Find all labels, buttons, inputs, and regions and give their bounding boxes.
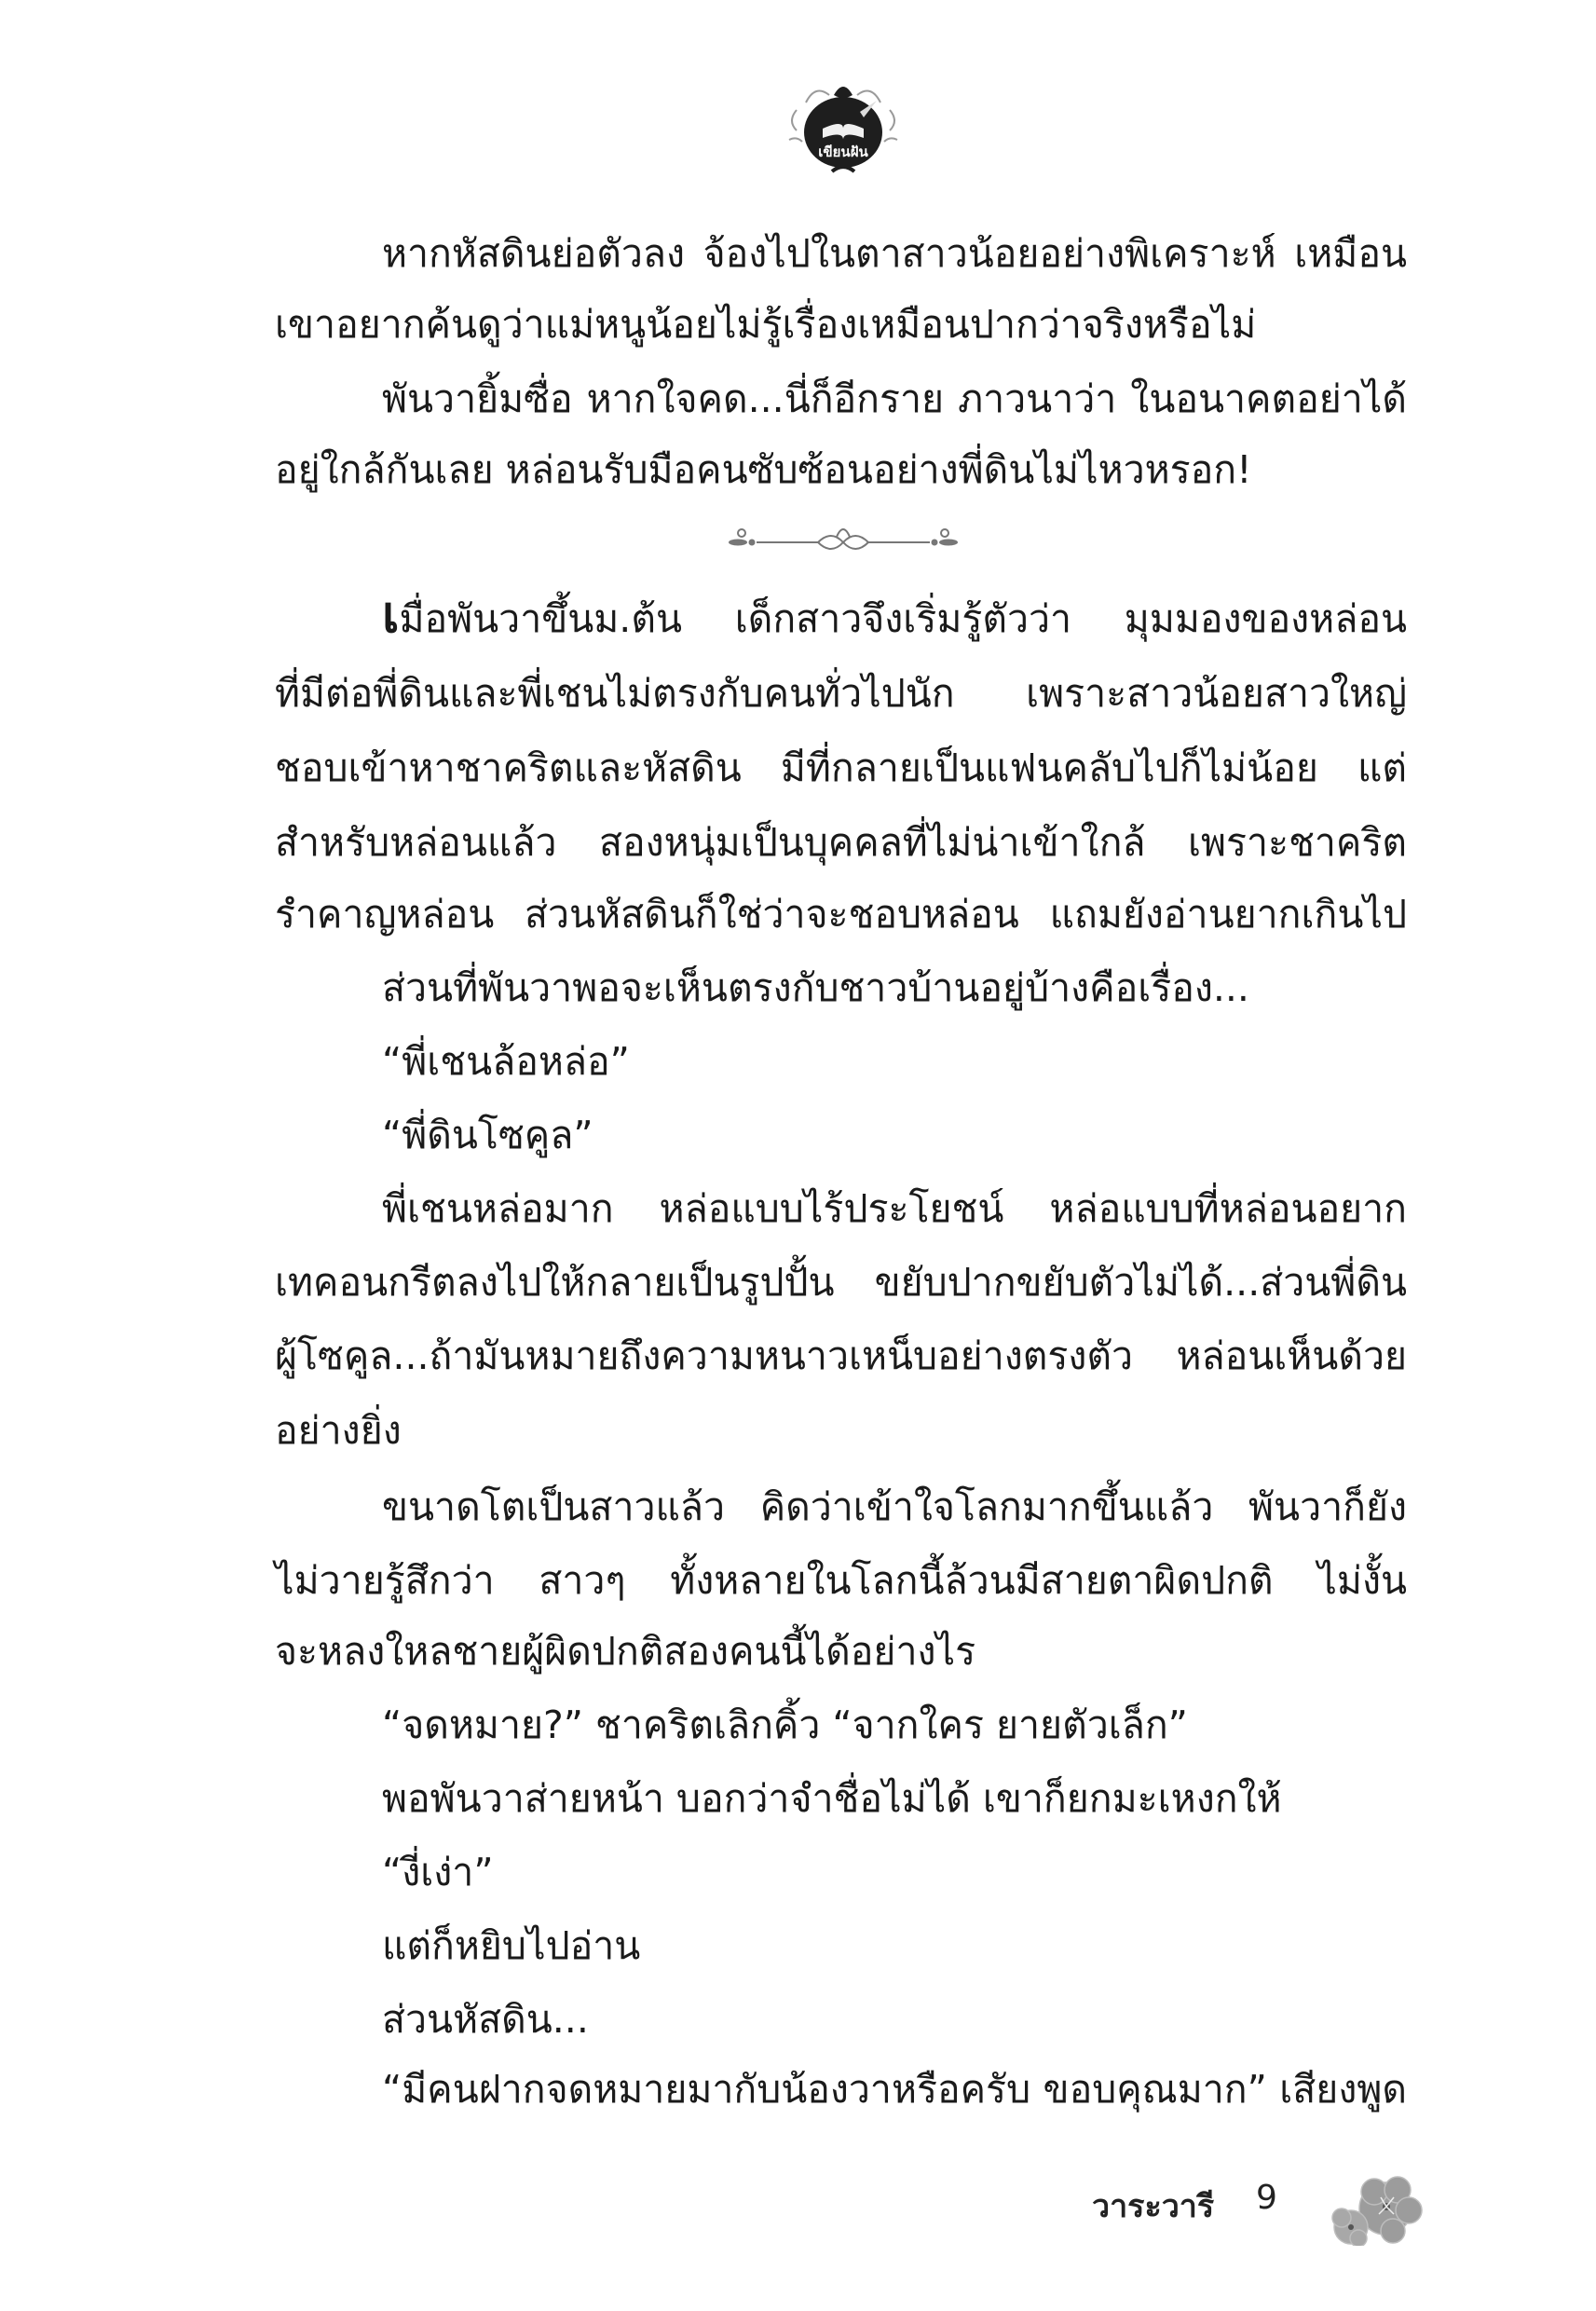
dialogue-line: “งี่เง่า” [382,1844,1407,1900]
first-line-text: มื่อพันวาขึ้นม.ต้น เด็กสาวจึงเริ่มรู้ตัว… [399,596,1407,641]
dialogue-line: “พี่เชนล้อหล่อ” [382,1033,1407,1089]
page-number: 9 [1256,2179,1277,2217]
paragraph-line: จะหลงใหลชายผู้ผิดปกติสองคนนี้ได้อย่างไร [275,1623,1407,1679]
paragraph-first-line: เมื่อพันวาขึ้นม.ต้น เด็กสาวจึงเริ่มรู้ตั… [382,587,1407,643]
paragraph-line: พี่เชนหล่อมาก หล่อแบบไร้ประโยชน์ หล่อแบบ… [382,1181,1407,1237]
paragraph-line: ขนาดโตเป็นสาวแล้ว คิดว่าเข้าใจโลกมากขึ้น… [382,1479,1407,1535]
paragraph-line: ส่วนหัสดิน... [382,1991,1407,2047]
paragraph-line: อย่างยิ่ง [275,1402,1407,1458]
paragraph-line: เขาอยากค้นดูว่าแม่หนูน้อยไม่รู้เรื่องเหม… [275,296,1407,352]
flower-icon [1323,2162,1435,2246]
footer-decoration [1323,2162,1435,2246]
running-footer-title: วาระวารี [1092,2181,1214,2231]
paragraph-line: เทคอนกรีตลงไปให้กลายเป็นรูปปั้น ขยับปากข… [275,1254,1407,1310]
book-quill-emblem-icon: เขียนฝัน [778,75,908,186]
paragraph-line: สำหรับหล่อนแล้ว สองหนุ่มเป็นบุคคลที่ไม่น… [275,814,1407,870]
paragraph-line: ผู้โซคูล...ถ้ามันหมายถึงความหนาวเหน็บอย่… [275,1328,1407,1384]
paragraph-line: รำคาญหล่อน ส่วนหัสดินก็ใช่ว่าจะชอบหล่อน … [275,886,1407,942]
publisher-logo: เขียนฝัน [778,75,908,186]
svg-text:เขียนฝัน: เขียนฝัน [818,144,868,160]
paragraph-line: ไม่วายรู้สึกว่า สาวๆ ทั้งหลายในโลกนี้ล้ว… [275,1552,1407,1608]
paragraph-line: ที่มีต่อพี่ดินและพี่เชนไม่ตรงกับคนทั่วไป… [275,665,1407,721]
ornamental-divider-icon [727,522,960,555]
paragraph-line: แต่ก็หยิบไปอ่าน [382,1918,1407,1974]
paragraph-line: หากหัสดินย่อตัวลง จ้องไปในตาสาวน้อยอย่าง… [382,226,1407,281]
dialogue-line: “มีคนฝากจดหมายมากับน้องวาหรือครับ ขอบคุณ… [382,2061,1407,2117]
paragraph-line: อยู่ใกล้กันเลย หล่อนรับมือคนซับซ้อนอย่าง… [275,442,1407,498]
paragraph-line: พันวายิ้มซื่อ หากใจคด...นี่ก็อีกราย ภาวน… [382,371,1407,427]
paragraph-line: ส่วนที่พันวาพอจะเห็นตรงกับชาวบ้านอยู่บ้า… [382,960,1407,1016]
paragraph-line: ชอบเข้าหาชาคริตและหัสดิน มีที่กลายเป็นแฟ… [275,740,1407,796]
dialogue-line: “จดหมาย?” ชาคริตเลิกคิ้ว “จากใคร ยายตัวเ… [382,1697,1407,1753]
book-page: เขียนฝัน หากหัสดินย่อตัวลง จ้องไปในตาสาว… [0,0,1596,2311]
dialogue-line: “พี่ดินโซคูล” [382,1107,1407,1163]
section-divider [727,522,960,555]
paragraph-line: พอพันวาส่ายหน้า บอกว่าจำชื่อไม่ได้ เขาก็… [382,1771,1407,1826]
drop-cap: เ [382,585,399,644]
